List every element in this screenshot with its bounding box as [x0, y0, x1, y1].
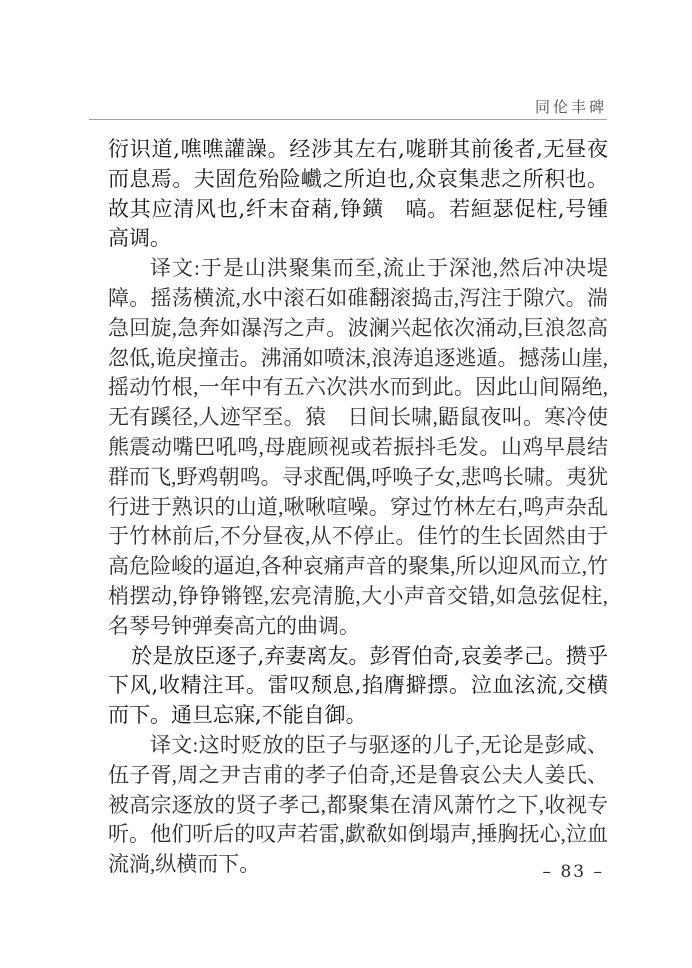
page-number: – 83 – — [543, 862, 604, 882]
paragraph-original-2: 於是放臣逐子,弃妻离友。彭胥伯奇,哀姜孝己。攒乎下风,收精注耳。雷叹颓息,掐膺擗… — [108, 642, 608, 731]
paragraph-translation-2: 译文:这时贬放的臣子与驱逐的儿子,无论是彭咸、伍子胥,周之尹吉甫的孝子伯奇,还是… — [108, 731, 608, 880]
text-block: 衍识道,噍噍讙譟。经涉其左右,哤聠其前後者,无昼夜而息焉。夫固危殆险巇之所迫也,… — [108, 135, 608, 880]
header-rule — [89, 119, 607, 120]
book-page: 同伦丰碑 衍识道,噍噍讙譟。经涉其左右,哤聠其前後者,无昼夜而息焉。夫固危殆险巇… — [0, 0, 692, 968]
paragraph-translation-1: 译文:于是山洪聚集而至,流止于深池,然后冲决堤障。摇荡横流,水中滚石如碓翻滚捣击… — [108, 254, 608, 641]
running-head-title: 同伦丰碑 — [535, 96, 607, 117]
paragraph-original-continuation: 衍识道,噍噍讙譟。经涉其左右,哤聠其前後者,无昼夜而息焉。夫固危殆险巇之所迫也,… — [108, 135, 608, 254]
